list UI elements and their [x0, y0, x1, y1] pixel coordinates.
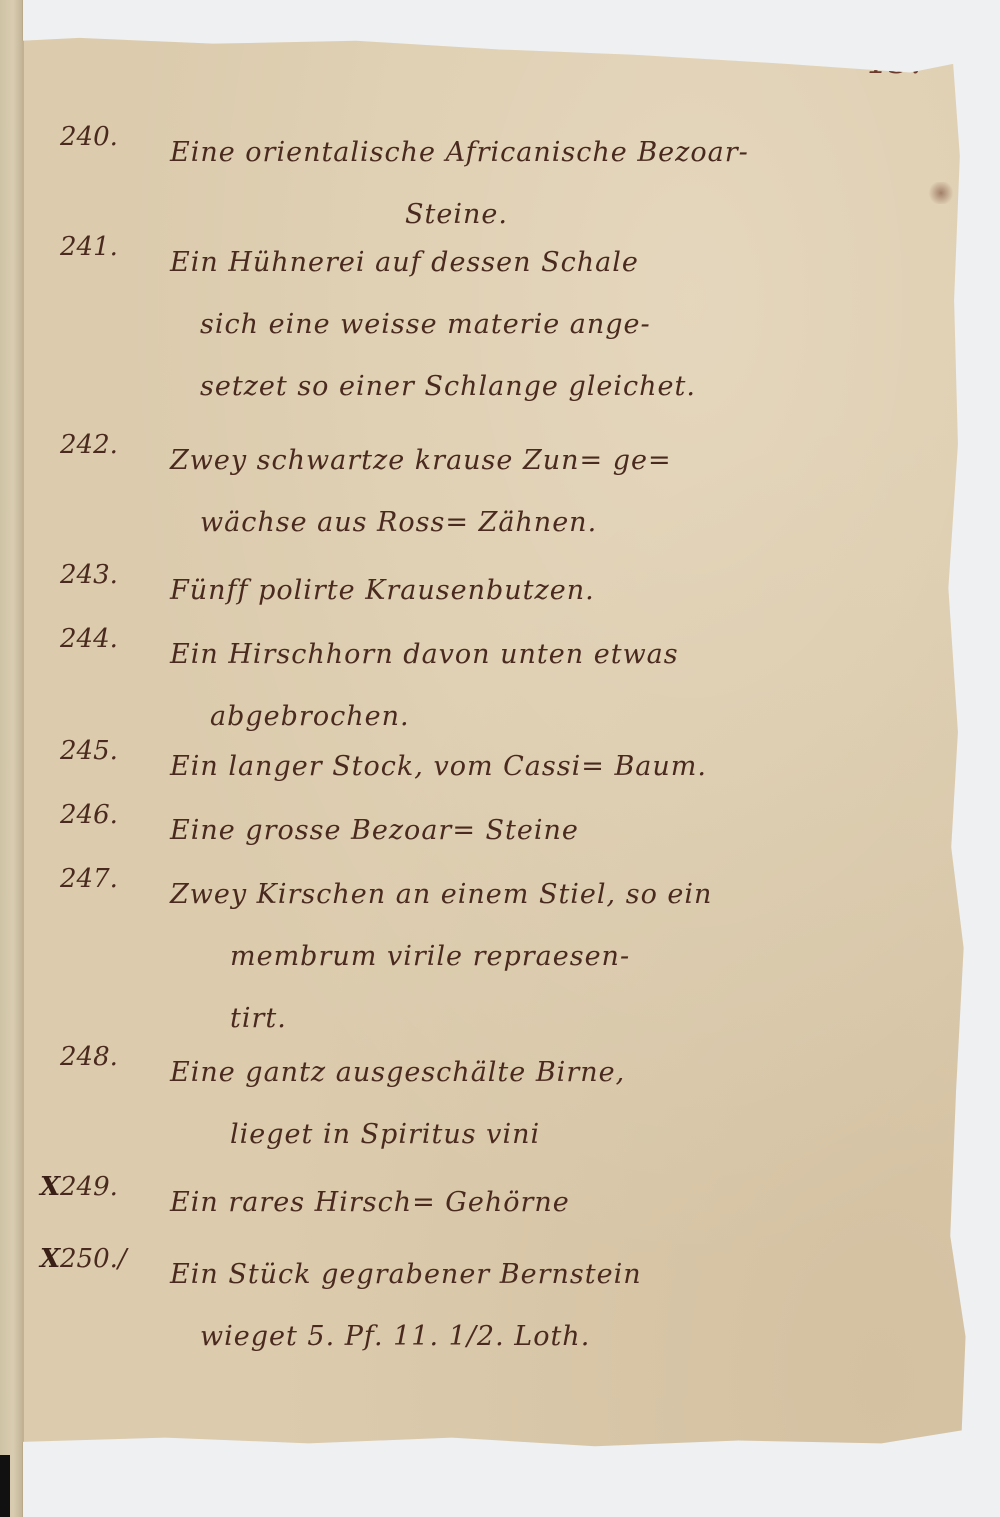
check-mark: X [40, 1244, 60, 1274]
entry-245: 245. Ein langer Stock, vom Cassi= Baum. [60, 736, 960, 798]
entry-text: Fünff polirte Krausenbutzen. [170, 560, 950, 622]
entry-text: Ein Hühnerei auf dessen Schale [170, 232, 950, 294]
entry-text: setzet so einer Schlange gleichet. [170, 356, 950, 418]
entry-number: 240. [60, 122, 170, 152]
entry-text: Eine orientalische Africanische Bezoar- [170, 122, 950, 184]
entry-text: Eine grosse Bezoar= Steine [170, 800, 950, 862]
entry-244: 244. Ein Hirschhorn davon unten etwas ab… [60, 624, 960, 748]
entry-number: 244. [60, 624, 170, 654]
entry-number: 250./ [60, 1244, 170, 1274]
entry-text: wieget 5. Pf. 11. 1/2. Loth. [170, 1306, 950, 1368]
entry-text: Zwey schwartze krause Zun= ge= [170, 430, 950, 492]
entry-text: sich eine weisse materie ange- [170, 294, 950, 356]
entry-number: 246. [60, 800, 170, 830]
entry-number: 249. [60, 1172, 170, 1202]
entry-241: 241. Ein Hühnerei auf dessen Schale sich… [60, 232, 960, 418]
entry-text: Ein Hirschhorn davon unten etwas [170, 624, 950, 686]
entry-number: 241. [60, 232, 170, 262]
manuscript-page: 13. 240. Eine orientalische Africanische… [22, 12, 977, 1452]
binding-shadow [0, 1455, 10, 1517]
entry-248: 248. Eine gantz ausgeschälte Birne, lieg… [60, 1042, 960, 1166]
entry-247: 247. Zwey Kirschen an einem Stiel, so ei… [60, 864, 960, 1050]
entry-243: 243. Fünff polirte Krausenbutzen. [60, 560, 960, 622]
book-binding [0, 0, 23, 1517]
entry-249: X 249. Ein rares Hirsch= Gehörne [60, 1172, 960, 1234]
entry-text: tirt. [170, 988, 950, 1050]
entry-text: Ein rares Hirsch= Gehörne [170, 1172, 950, 1234]
entry-242: 242. Zwey schwartze krause Zun= ge= wäch… [60, 430, 960, 554]
entry-250: X 250./ Ein Stück gegrabener Bernstein w… [60, 1244, 960, 1368]
entry-text: Eine gantz ausgeschälte Birne, [170, 1042, 950, 1104]
entry-text: Ein Stück gegrabener Bernstein [170, 1244, 950, 1306]
entry-240: 240. Eine orientalische Africanische Bez… [60, 122, 960, 246]
entry-number: 245. [60, 736, 170, 766]
entry-number: 242. [60, 430, 170, 460]
entry-number: 243. [60, 560, 170, 590]
entry-text: Zwey Kirschen an einem Stiel, so ein [170, 864, 950, 926]
check-mark: X [40, 1172, 60, 1202]
entry-text: membrum virile repraesen- [170, 926, 950, 988]
entry-text: wächse aus Ross= Zähnen. [170, 492, 950, 554]
entry-246: 246. Eine grosse Bezoar= Steine [60, 800, 960, 862]
entry-number: 247. [60, 864, 170, 894]
entry-text: Ein langer Stock, vom Cassi= Baum. [170, 736, 950, 798]
entry-number: 248. [60, 1042, 170, 1072]
entry-list: 240. Eine orientalische Africanische Bez… [22, 12, 977, 1452]
entry-text: lieget in Spiritus vini [170, 1104, 950, 1166]
